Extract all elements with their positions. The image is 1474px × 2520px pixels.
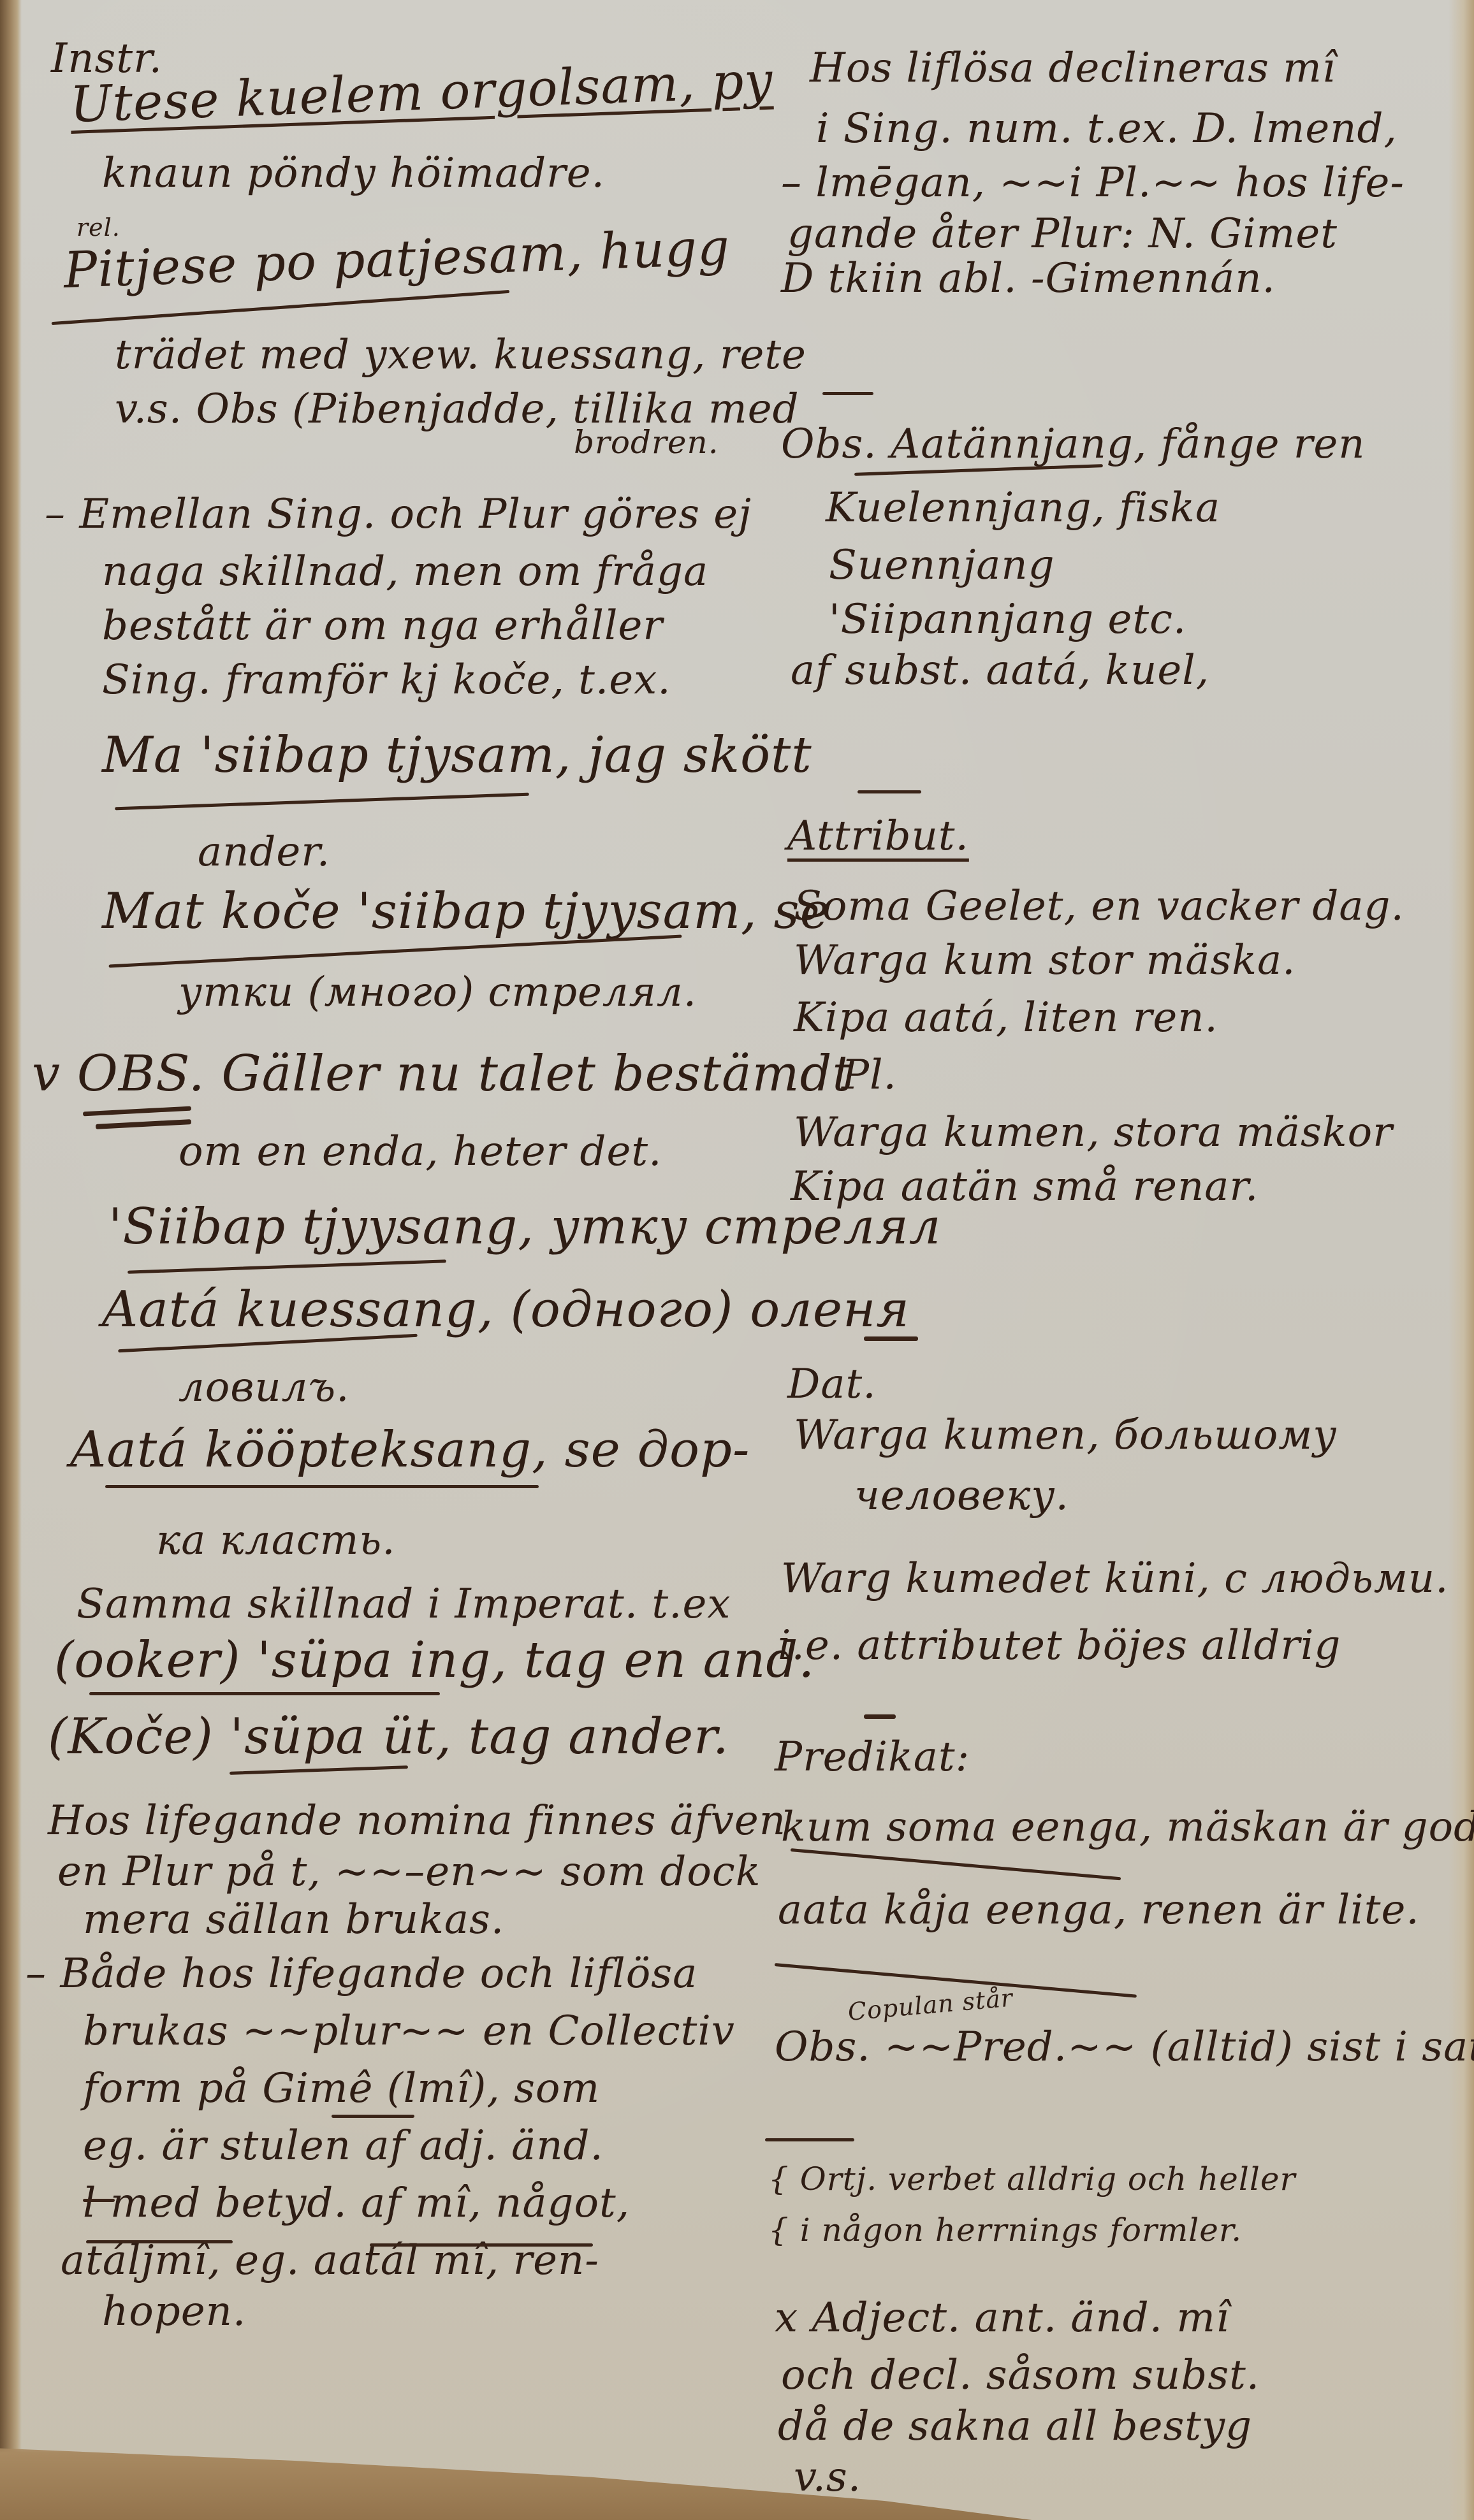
- text-line: Suennjang: [829, 542, 1055, 589]
- separator-rule: [864, 1336, 918, 1341]
- book-binding-edge: [0, 0, 22, 2520]
- underline-rule: [791, 1848, 1121, 1880]
- text-line: ка класть.: [156, 1517, 396, 1564]
- text-line: Warga kumen, большому: [794, 1412, 1337, 1459]
- page-bottom-edge: [0, 2424, 1474, 2520]
- text-line: knaun pöndy höimadre.: [102, 150, 605, 197]
- text-line: hopen.: [102, 2288, 246, 2335]
- bracketed-note-line: { i någon herrnings formler.: [768, 2212, 1242, 2248]
- subheading-pl: Pl.: [842, 1052, 897, 1099]
- text-line: Kuelennjang, fiska: [826, 484, 1220, 532]
- text-line: Aatá kööpteksang, se дор-: [70, 1421, 750, 1479]
- text-line: trädet med yxew. kuessang, rete: [115, 331, 806, 379]
- double-underline-rule: [96, 1119, 191, 1129]
- text-line: form på Gimê (lmî), som: [83, 2065, 600, 2112]
- underline-rule: [86, 2240, 233, 2243]
- separator-rule: [857, 790, 921, 793]
- text-line: ander.: [198, 829, 330, 876]
- text-line: Utese kuelem orgolsam, py: [69, 52, 773, 134]
- obs-note-line: v OBS. Gäller nu talet bestämdt: [32, 1045, 853, 1103]
- text-line: Warga kum stor mäska.: [794, 937, 1295, 984]
- text-line: och decl. såsom subst.: [781, 2352, 1260, 2399]
- double-underline-rule: [83, 1106, 191, 1117]
- text-line: Hos liflösa declineras mî: [810, 45, 1336, 92]
- underline-rule: [83, 2199, 115, 2202]
- text-line: Warga kumen, stora mäskor: [794, 1109, 1393, 1156]
- text-line: – Både hos lifegande och liflösa: [26, 1950, 697, 1997]
- text-line: en Plur på t, ~~–en~~ som dock: [57, 1848, 761, 1895]
- text-line: brodren.: [574, 424, 719, 461]
- bracketed-note-line: { Ortj. verbet alldrig och heller: [768, 2161, 1295, 2198]
- underline-rule: [370, 2243, 593, 2247]
- text-line: Hos lifegande nomina finnes äfven: [48, 1797, 786, 1844]
- underline-rule: [230, 1765, 408, 1775]
- text-line: Mat koče 'siibap tjyysam, se: [102, 883, 830, 940]
- text-line: – lmēgan, ~~i Pl.~~ hos life-: [781, 159, 1405, 206]
- text-line: Soma Geelet, en vacker dag.: [794, 883, 1405, 930]
- text-line: aata kåja eenga, renen är lite.: [778, 1886, 1420, 1934]
- text-line: 'Siipannjang etc.: [829, 596, 1186, 643]
- underline-rule: [128, 1259, 446, 1273]
- underline-rule: [332, 2115, 414, 2118]
- text-line: gande åter Plur: N. Gimet: [787, 210, 1338, 257]
- text-line: утки (много) стрелял.: [179, 969, 697, 1016]
- text-line: brukas ~~plur~~ en Collectiv: [83, 2008, 735, 2055]
- manuscript-page: Instr. Utese kuelem orgolsam, py knaun p…: [0, 0, 1474, 2520]
- separator-rule: [765, 2138, 854, 2141]
- text-line: Obs. ~~Pred.~~ (alltid) sist i satsen.: [775, 2024, 1474, 2071]
- text-line: Sing. framför kj koče, t.ex.: [102, 656, 671, 704]
- text-line: naga skillnad, men om fråga: [102, 548, 708, 595]
- text-line: D tkiin abl. -Gimennán.: [781, 255, 1276, 302]
- text-line: Warg kumedet küni, с людьми.: [781, 1555, 1448, 1602]
- underline-rule: [115, 793, 529, 811]
- text-line: ловилъ.: [179, 1364, 350, 1411]
- text-line: eg. är stulen af adj. änd.: [83, 2122, 604, 2169]
- text-line: om en enda, heter det.: [179, 1128, 662, 1175]
- text-line: Obs. Aatännjang, fånge ren: [781, 421, 1365, 468]
- section-heading-attribut: Attribut.: [787, 813, 969, 860]
- separator-rule: [822, 392, 873, 395]
- text-line: Samma skillnad i Imperat. t.ex: [77, 1581, 731, 1628]
- text-line: Ma 'siibap tjysam, jag skött: [102, 727, 812, 784]
- subheading-dat: Dat.: [787, 1361, 877, 1408]
- text-line: l med betyd. af mî, något,: [83, 2180, 630, 2227]
- section-heading-predikat: Predikat:: [775, 1734, 970, 1781]
- text-line: i Sing. num. t.ex. D. lmend,: [816, 105, 1397, 152]
- underline-rule: [89, 1692, 440, 1695]
- text-line: человеку.: [854, 1472, 1069, 1519]
- text-line: v.s.: [794, 2454, 861, 2501]
- text-line: af subst. aatá, kuel,: [791, 647, 1209, 694]
- text-line: Kipa aatá, liten ren.: [794, 994, 1218, 1041]
- text-line: Kipa aatän små renar.: [791, 1163, 1259, 1210]
- underline-rule: [105, 1485, 539, 1488]
- text-line: – Emellan Sing. och Plur göres ej: [45, 491, 752, 538]
- text-line: då de sakna all bestyg: [778, 2403, 1252, 2450]
- text-line: Aatá kuessang, (одного) оленя: [102, 1281, 910, 1338]
- interlinear-insertion: Copulan står: [847, 1983, 1014, 2025]
- text-line: (Koče) 'süpa üt, tag ander.: [48, 1708, 729, 1765]
- superscript-note: rel.: [77, 214, 120, 242]
- text-line: mera sällan brukas.: [83, 1896, 504, 1943]
- text-line: x Adject. ant. änd. mî: [775, 2294, 1230, 2342]
- separator-rule: [864, 1714, 896, 1719]
- text-line: kum soma eenga, mäskan är god: [781, 1804, 1474, 1851]
- text-line: i.e. attributet böjes alldrig: [778, 1622, 1341, 1669]
- page-right-edge: [1448, 0, 1474, 2520]
- text-line: Pitjese po patjesam, hugg: [62, 219, 731, 300]
- text-line: bestått är om nga erhåller: [102, 602, 663, 649]
- text-line: (ooker) 'süpa ing, tag en and.: [54, 1632, 815, 1689]
